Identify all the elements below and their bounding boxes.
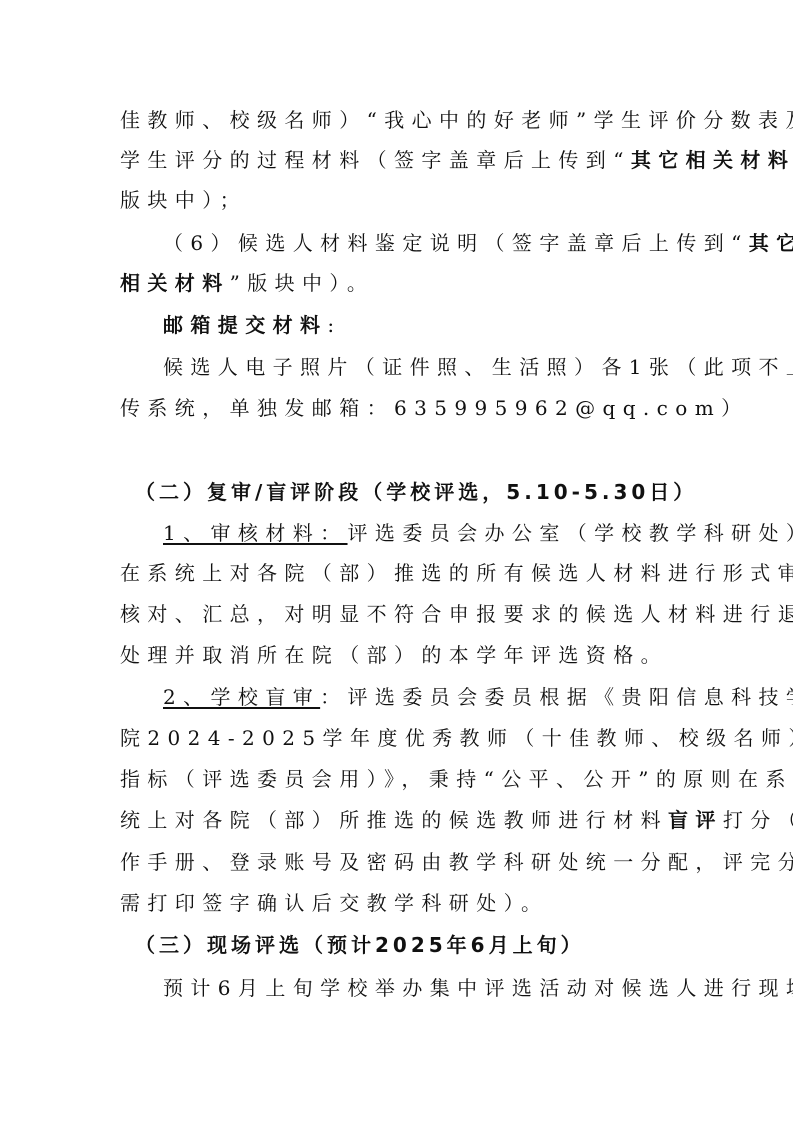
text: 传系统，单独发邮箱：635995962@qq.com） [120, 396, 749, 420]
section-heading-3: （三）现场评选（预计2025年6月上旬） [135, 931, 695, 959]
text: ”版块中）。 [230, 271, 375, 295]
text: 候选人电子照片（证件照、生活照）各1张（此项不上 [163, 355, 793, 379]
paragraph-line: 处理并取消所在院（部）的本学年评选资格。 [120, 641, 680, 669]
paragraph-line: 院2024-2025学年度优秀教师（十佳教师、校级名师）评选 [120, 724, 680, 752]
text: 核对、汇总，对明显不符合申报要求的候选人材料进行退回 [120, 602, 793, 626]
section-heading-2: （二）复审/盲评阶段（学校评选，5.10-5.30日） [135, 478, 695, 506]
text: 评选委员会办公室（学校教学科研处） [348, 521, 793, 545]
text: 院2024-2025学年度优秀教师（十佳教师、校级名师）评选 [120, 726, 793, 750]
text: 预计6月上旬学校举办集中评选活动对候选人进行现场 [163, 976, 793, 1000]
text: 佳教师、校级名师）“我心中的好老师”学生评价分数表及 [120, 108, 793, 132]
text: （6）候选人材料鉴定说明（签字盖章后上传到“ [163, 231, 749, 255]
list-item-6: （6）候选人材料鉴定说明（签字盖章后上传到“其它 [163, 229, 723, 257]
paragraph-line: 佳教师、校级名师）“我心中的好老师”学生评价分数表及 [120, 106, 680, 134]
email-section-heading: 邮箱提交材料: [163, 311, 723, 339]
bold-text: 盲评 [668, 808, 723, 832]
paragraph-line: 学生评分的过程材料（签字盖章后上传到“其它相关材料” [120, 146, 680, 174]
text: ：评选委员会委员根据《贵阳信息科技学 [320, 685, 793, 709]
text: 打分（操 [723, 808, 793, 832]
underlined-text: 2、学校盲审 [163, 685, 320, 709]
text: 统上对各院（部）所推选的候选教师进行材料 [120, 808, 668, 832]
paragraph-line: 1、审核材料：评选委员会办公室（学校教学科研处） [163, 519, 723, 547]
paragraph-line: 版块中）； [120, 186, 680, 214]
paragraph-line: 作手册、登录账号及密码由教学科研处统一分配，评完分后 [120, 848, 680, 876]
bold-text: 邮箱提交材料 [163, 313, 327, 337]
paragraph-line: 在系统上对各院（部）推选的所有候选人材料进行形式审查、 [120, 559, 680, 587]
heading-text: （二）复审/盲评阶段（学校评选，5.10-5.30日） [135, 480, 697, 504]
text: 指标（评选委员会用）》，秉持“公平、公开”的原则在系 [120, 767, 793, 791]
paragraph-line: 需打印签字确认后交教学科研处）。 [120, 889, 680, 917]
paragraph-line: 相关材料”版块中）。 [120, 269, 680, 297]
underlined-text: 1、审核材料： [163, 521, 348, 545]
paragraph-line: 传系统，单独发邮箱：635995962@qq.com） [120, 394, 680, 422]
paragraph-line: 统上对各院（部）所推选的候选教师进行材料盲评打分（操 [120, 806, 680, 834]
bold-text: 相关材料 [120, 271, 230, 295]
paragraph-line: 2、学校盲审：评选委员会委员根据《贵阳信息科技学 [163, 683, 723, 711]
text: 版块中）； [120, 188, 247, 212]
paragraph-line: 预计6月上旬学校举办集中评选活动对候选人进行现场 [163, 974, 723, 1002]
paragraph-line: 指标（评选委员会用）》，秉持“公平、公开”的原则在系 [120, 765, 680, 793]
paragraph-line: 候选人电子照片（证件照、生活照）各1张（此项不上 [163, 353, 723, 381]
text: 学生评分的过程材料（签字盖章后上传到“ [120, 148, 631, 172]
text: 处理并取消所在院（部）的本学年评选资格。 [120, 643, 668, 667]
text: 作手册、登录账号及密码由教学科研处统一分配，评完分后 [120, 850, 793, 874]
text: 在系统上对各院（部）推选的所有候选人材料进行形式审查、 [120, 561, 793, 585]
heading-text: （三）现场评选（预计2025年6月上旬） [135, 933, 585, 957]
bold-text: 其它相关材料 [631, 148, 793, 172]
text: 需打印签字确认后交教学科研处）。 [120, 891, 548, 915]
text: : [327, 313, 341, 337]
bold-text: 其它 [749, 231, 793, 255]
paragraph-line: 核对、汇总，对明显不符合申报要求的候选人材料进行退回 [120, 600, 680, 628]
